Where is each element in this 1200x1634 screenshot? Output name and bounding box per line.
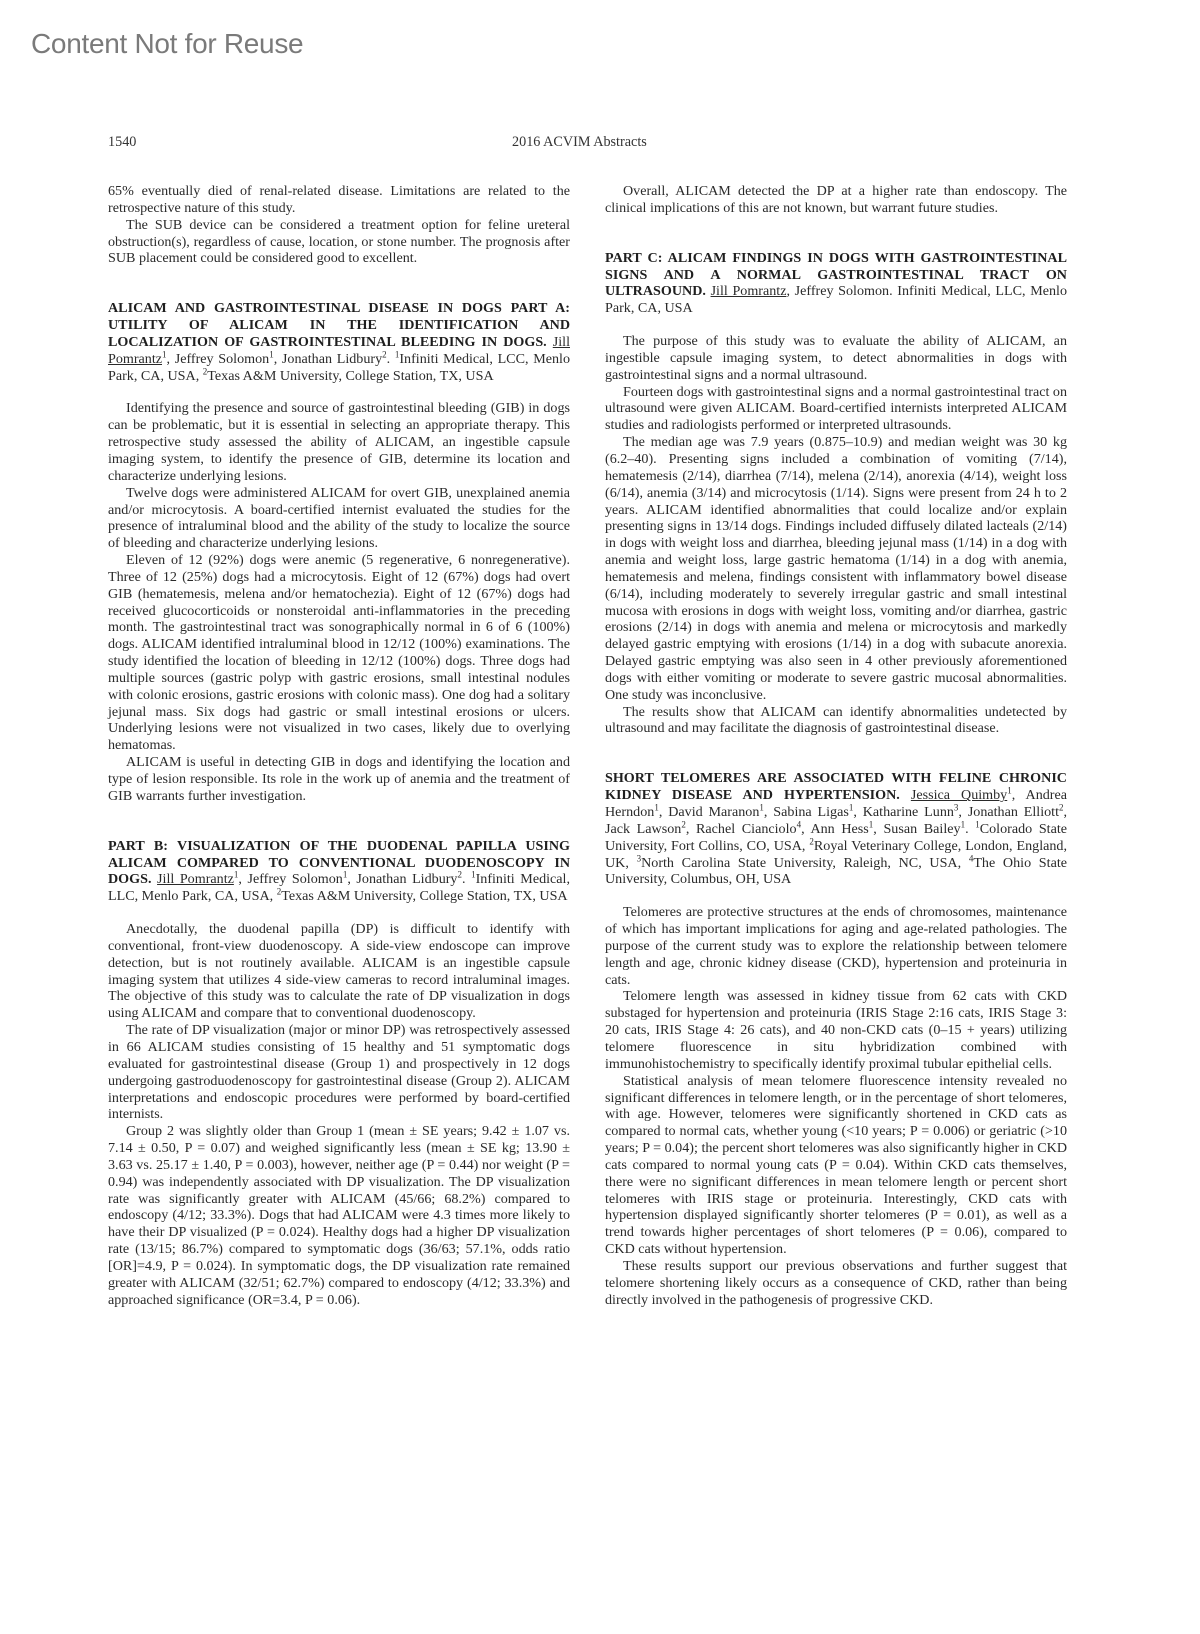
abstract-heading: PART C: ALICAM FINDINGS IN DOGS WITH GAS… — [605, 250, 1067, 317]
abstract-paragraph: Fourteen dogs with gastrointestinal sign… — [605, 384, 1067, 435]
abstract-alicam-part-b: PART B: VISUALIZATION OF THE DUODENAL PA… — [108, 838, 570, 1309]
author-sup: 1 — [849, 802, 854, 812]
page-number: 1540 — [108, 134, 136, 151]
journal-title: 2016 ACVIM Abstracts — [512, 134, 647, 151]
abstract-paragraph: The rate of DP visualization (major or m… — [108, 1022, 570, 1123]
abstract-paragraph: The median age was 7.9 years (0.875–10.9… — [605, 434, 1067, 704]
abstract-paragraph: Telomere length was assessed in kidney t… — [605, 988, 1067, 1072]
author-sup: 1 — [269, 349, 274, 359]
author: Jeffrey Solomon — [175, 351, 269, 367]
abstract-heading: SHORT TELOMERES ARE ASSOCIATED WITH FELI… — [605, 770, 1067, 888]
abstract-short-telomeres: SHORT TELOMERES ARE ASSOCIATED WITH FELI… — [605, 770, 1067, 1308]
author: Jonathan Lidbury — [282, 351, 382, 367]
author-sup: 1 — [869, 819, 874, 829]
abstract-paragraph: Eleven of 12 (92%) dogs were anemic (5 r… — [108, 552, 570, 754]
author-sup: 2 — [681, 819, 686, 829]
author-sup: 2 — [382, 349, 387, 359]
watermark: Content Not for Reuse — [31, 28, 303, 60]
abstract-heading: ALICAM AND GASTROINTESTINAL DISEASE IN D… — [108, 300, 570, 384]
author: Ann Hess — [810, 821, 868, 837]
abstract-alicam-part-a: ALICAM AND GASTROINTESTINAL DISEASE IN D… — [108, 300, 570, 804]
author: Jack Lawson — [605, 821, 681, 837]
abstract-heading: PART B: VISUALIZATION OF THE DUODENAL PA… — [108, 838, 570, 905]
abstract-paragraph: The results show that ALICAM can identif… — [605, 704, 1067, 738]
author-sup: 3 — [954, 802, 959, 812]
author: Rachel Cianciolo — [696, 821, 797, 837]
abstract-paragraph: Group 2 was slightly older than Group 1 … — [108, 1123, 570, 1308]
abstract-paragraph: Anecdotally, the duodenal papilla (DP) i… — [108, 921, 570, 1022]
author: Jonathan Lidbury — [356, 871, 457, 887]
author-sup: 2 — [1059, 802, 1064, 812]
author: David Maranon — [668, 804, 759, 820]
author-sup: 1 — [654, 802, 659, 812]
carryover-paragraph: Overall, ALICAM detected the DP at a hig… — [605, 183, 1067, 217]
author: Susan Bailey — [883, 821, 960, 837]
presenting-author: Jill Pomrantz — [711, 283, 787, 299]
abstract-paragraph: Twelve dogs were administered ALICAM for… — [108, 485, 570, 552]
author-sup: 1 — [162, 349, 167, 359]
abstract-paragraph: Identifying the presence and source of g… — [108, 400, 570, 484]
author-sup: 4 — [797, 819, 802, 829]
abstract-paragraph: Statistical analysis of mean telomere fl… — [605, 1073, 1067, 1258]
abstract-paragraph: Telomeres are protective structures at t… — [605, 904, 1067, 988]
author: Jeffrey Solomon — [247, 871, 342, 887]
left-column: 65% eventually died of renal-related dis… — [108, 183, 570, 1308]
abstract-paragraph: These results support our previous obser… — [605, 1258, 1067, 1309]
presenting-author: Jessica Quimby — [911, 787, 1007, 803]
abstract-alicam-part-c: PART C: ALICAM FINDINGS IN DOGS WITH GAS… — [605, 250, 1067, 738]
carryover-paragraph: The SUB device can be considered a treat… — [108, 217, 570, 268]
author: Jeffrey Solomon — [795, 283, 889, 299]
presenting-author: Jill Pomrantz — [157, 871, 234, 887]
affiliation: Texas A&M University, College Station, T… — [207, 368, 493, 384]
abstract-title: ALICAM AND GASTROINTESTINAL DISEASE IN D… — [108, 300, 570, 350]
author-sup: 1 — [961, 819, 966, 829]
author: Katharine Lunn — [863, 804, 954, 820]
affiliation: North Carolina State University, Raleigh… — [641, 855, 961, 871]
author-sup: 1 — [1007, 785, 1012, 795]
affiliation: Texas A&M University, College Station, T… — [281, 888, 567, 904]
author-sup: 2 — [457, 870, 462, 880]
author-sup: 1 — [343, 870, 348, 880]
carryover-paragraph: 65% eventually died of renal-related dis… — [108, 183, 570, 217]
author-sup: 1 — [234, 870, 239, 880]
abstract-paragraph: The purpose of this study was to evaluat… — [605, 333, 1067, 384]
author-sup: 1 — [759, 802, 764, 812]
abstract-paragraph: ALICAM is useful in detecting GIB in dog… — [108, 754, 570, 805]
author: Jonathan Elliott — [968, 804, 1059, 820]
author: Sabina Ligas — [773, 804, 849, 820]
right-column: Overall, ALICAM detected the DP at a hig… — [605, 183, 1067, 1308]
